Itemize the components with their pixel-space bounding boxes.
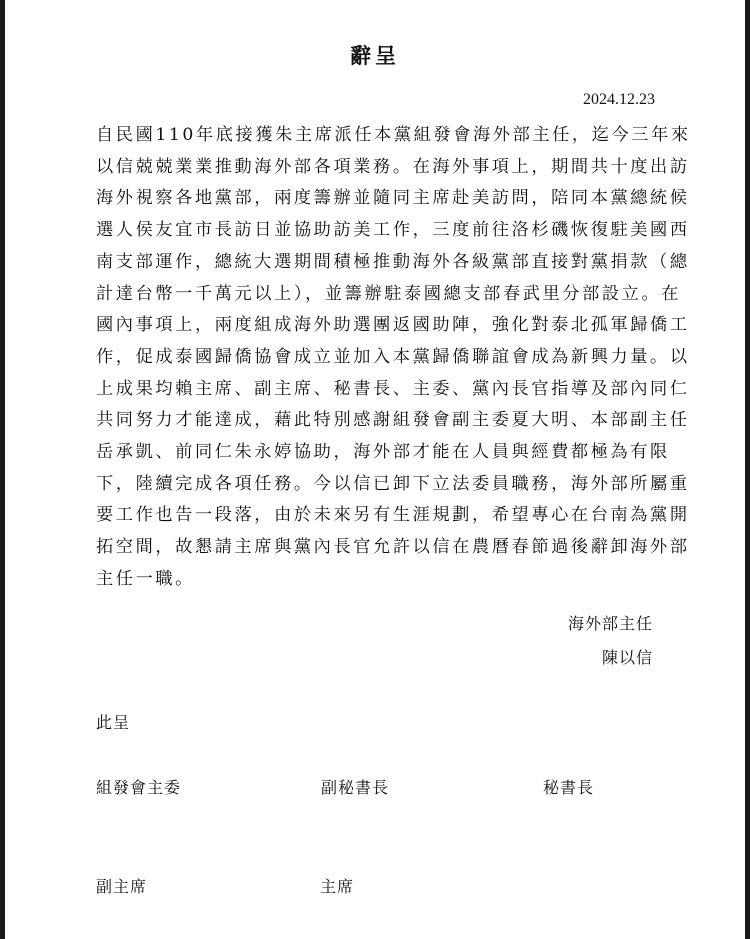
body-line: 主任一職。 bbox=[96, 564, 658, 596]
body-line: 計達台幣一千萬元以上），並籌辦駐泰國總支部春武里分部設立。在 bbox=[96, 279, 658, 311]
body-line: 以信兢兢業業推動海外部各項業務。在海外事項上，期間共十度出訪 bbox=[96, 152, 658, 184]
body-line: 選人侯友宜市長訪日並協助訪美工作，三度前往洛杉磯恢復駐美國西 bbox=[96, 215, 658, 247]
document-date: 2024.12.23 bbox=[583, 91, 655, 109]
approver-secretary-general: 秘書長 bbox=[543, 775, 594, 798]
approver-vice-chairman: 副主席 bbox=[96, 874, 147, 897]
approver-chairman: 主席 bbox=[320, 874, 354, 897]
signer-title: 海外部主任 bbox=[568, 611, 653, 634]
body-line: 自民國110年底接獲朱主席派任本黨組發會海外部主任，迄今三年來 bbox=[96, 120, 658, 152]
letter-body: 自民國110年底接獲朱主席派任本黨組發會海外部主任，迄今三年來 以信兢兢業業推動… bbox=[96, 120, 658, 596]
body-line: 要工作也告一段落，由於未來另有生涯規劃，希望專心在台南為黨開 bbox=[96, 500, 658, 532]
body-line: 南支部運作，總統大選期間積極推動海外各級黨部直接對黨捐款（總 bbox=[96, 247, 658, 279]
body-line: 上成果均賴主席、副主席、秘書長、主委、黨內長官指導及部內同仁 bbox=[96, 374, 658, 406]
body-line: 共同努力才能達成，藉此特別感謝組發會副主委夏大明、本部副主任 bbox=[96, 405, 658, 437]
body-line: 岳承凱、前同仁朱永婷協助，海外部才能在人員與經費都極為有限 bbox=[96, 437, 658, 469]
body-line: 國內事項上，兩度組成海外助選團返國助陣，強化對泰北孤軍歸僑工 bbox=[96, 310, 658, 342]
signer-name: 陳以信 bbox=[602, 645, 653, 668]
body-line: 作，促成泰國歸僑協會成立並加入本黨歸僑聯誼會成為新興力量。以 bbox=[96, 342, 658, 374]
document-page: 辭呈 2024.12.23 自民國110年底接獲朱主席派任本黨組發會海外部主任，… bbox=[5, 0, 745, 939]
approver-deputy-secretary-general: 副秘書長 bbox=[321, 775, 389, 798]
approver-org-director: 組發會主委 bbox=[96, 775, 181, 798]
document-title: 辭呈 bbox=[5, 40, 745, 70]
body-line: 海外視察各地黨部，兩度籌辦並隨同主席赴美訪問，陪同本黨總統候 bbox=[96, 183, 658, 215]
body-line: 下，陸續完成各項任務。今以信已卸下立法委員職務，海外部所屬重 bbox=[96, 469, 658, 501]
submit-text: 此呈 bbox=[96, 710, 130, 733]
body-line: 拓空間，故懇請主席與黨內長官允許以信在農曆春節過後辭卸海外部 bbox=[96, 532, 658, 564]
